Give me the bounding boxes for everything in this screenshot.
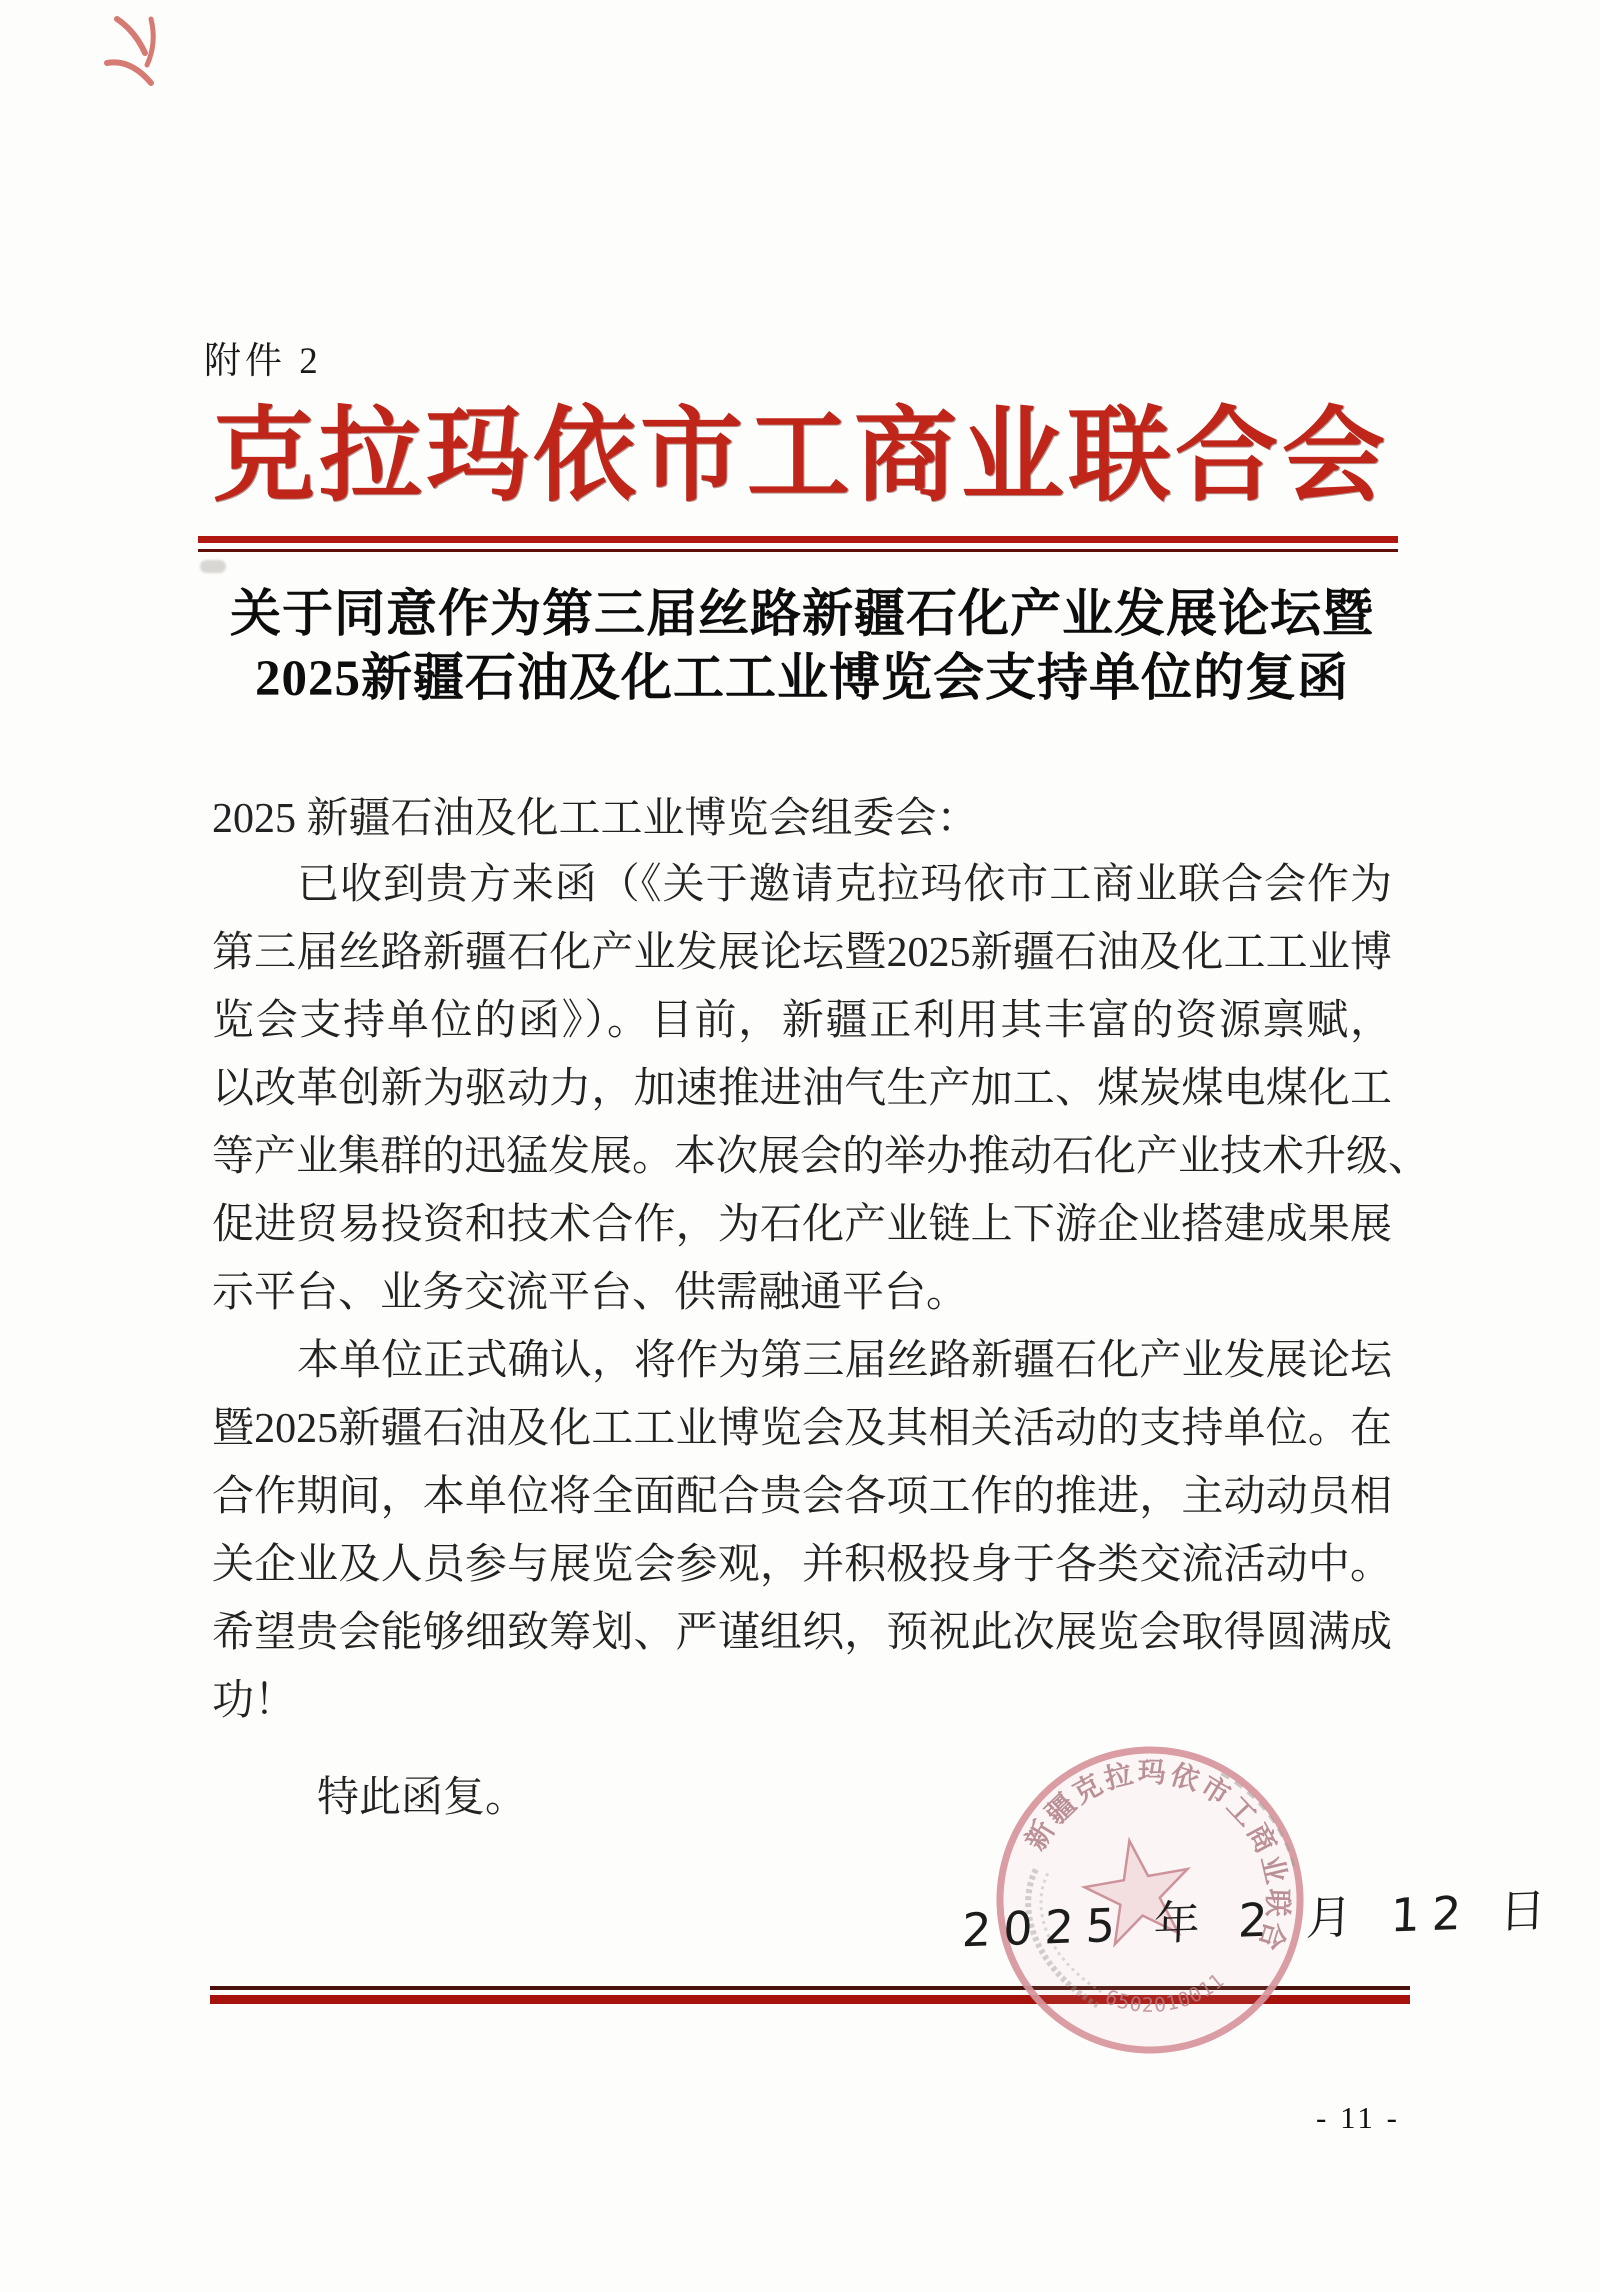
letterhead-title: 克拉玛依市工商业联合会 bbox=[212, 402, 1388, 514]
document-title-line2: 2025新疆石油及化工工业博览会支持单位的复函 bbox=[212, 650, 1392, 708]
paragraph2-line: 本单位正式确认，将作为第三届丝路新疆石化产业发展论坛 bbox=[212, 1334, 1392, 1388]
paragraph2-line: 暨2025新疆石油及化工工业博览会及其相关活动的支持单位。在 bbox=[212, 1402, 1392, 1456]
attachment-label: 附件 2 bbox=[204, 330, 322, 384]
closing-phrase: 特此函复。 bbox=[212, 1764, 527, 1824]
paragraph1-line: 促进贸易投资和技术合作，为石化产业链上下游企业搭建成果展 bbox=[212, 1198, 1392, 1252]
document-title-line1: 关于同意作为第三届丝路新疆石化产业发展论坛暨 bbox=[212, 586, 1392, 644]
scanned-letter-page: 附件 2 克拉玛依市工商业联合会 关于同意作为第三届丝路新疆石化产业发展论坛暨 … bbox=[0, 0, 1600, 2292]
scan-smudge bbox=[200, 560, 226, 573]
paragraph1-line: 等产业集群的迅猛发展。本次展会的举办推动石化产业技术升级、 bbox=[212, 1130, 1392, 1184]
red-pen-marks bbox=[95, 5, 195, 120]
paragraph2-line: 合作期间，本单位将全面配合贵会各项工作的推进，主动动员相 bbox=[212, 1470, 1392, 1524]
page-number: - 11 - bbox=[1316, 2100, 1400, 2136]
rule-thin-dark bbox=[198, 549, 1398, 552]
paragraph2-line: 希望贵会能够细致筹划、严谨组织，预祝此次展览会取得圆满成 bbox=[212, 1606, 1392, 1660]
paragraph1-line: 览会支持单位的函》）。目前，新疆正利用其丰富的资源禀赋， bbox=[212, 994, 1392, 1048]
paragraph2-line: 功！ bbox=[212, 1674, 1392, 1728]
paragraph1-line: 第三届丝路新疆石化产业发展论坛暨2025新疆石油及化工工业博 bbox=[212, 926, 1392, 980]
rule-thick-red bbox=[198, 536, 1398, 543]
salutation: 2025 新疆石油及化工工业博览会组委会： bbox=[212, 792, 1392, 846]
paragraph1-line: 示平台、业务交流平台、供需融通平台。 bbox=[212, 1266, 1392, 1320]
paragraph2-line: 关企业及人员参与展览会参观，并积极投身于各类交流活动中。 bbox=[212, 1538, 1392, 1592]
paragraph1-line: 以改革创新为驱动力，加速推进油气生产加工、煤炭煤电煤化工 bbox=[212, 1062, 1392, 1116]
paragraph1-line: 已收到贵方来函（《关于邀请克拉玛依市工商业联合会作为 bbox=[212, 858, 1392, 912]
letterhead-rule bbox=[198, 536, 1398, 552]
